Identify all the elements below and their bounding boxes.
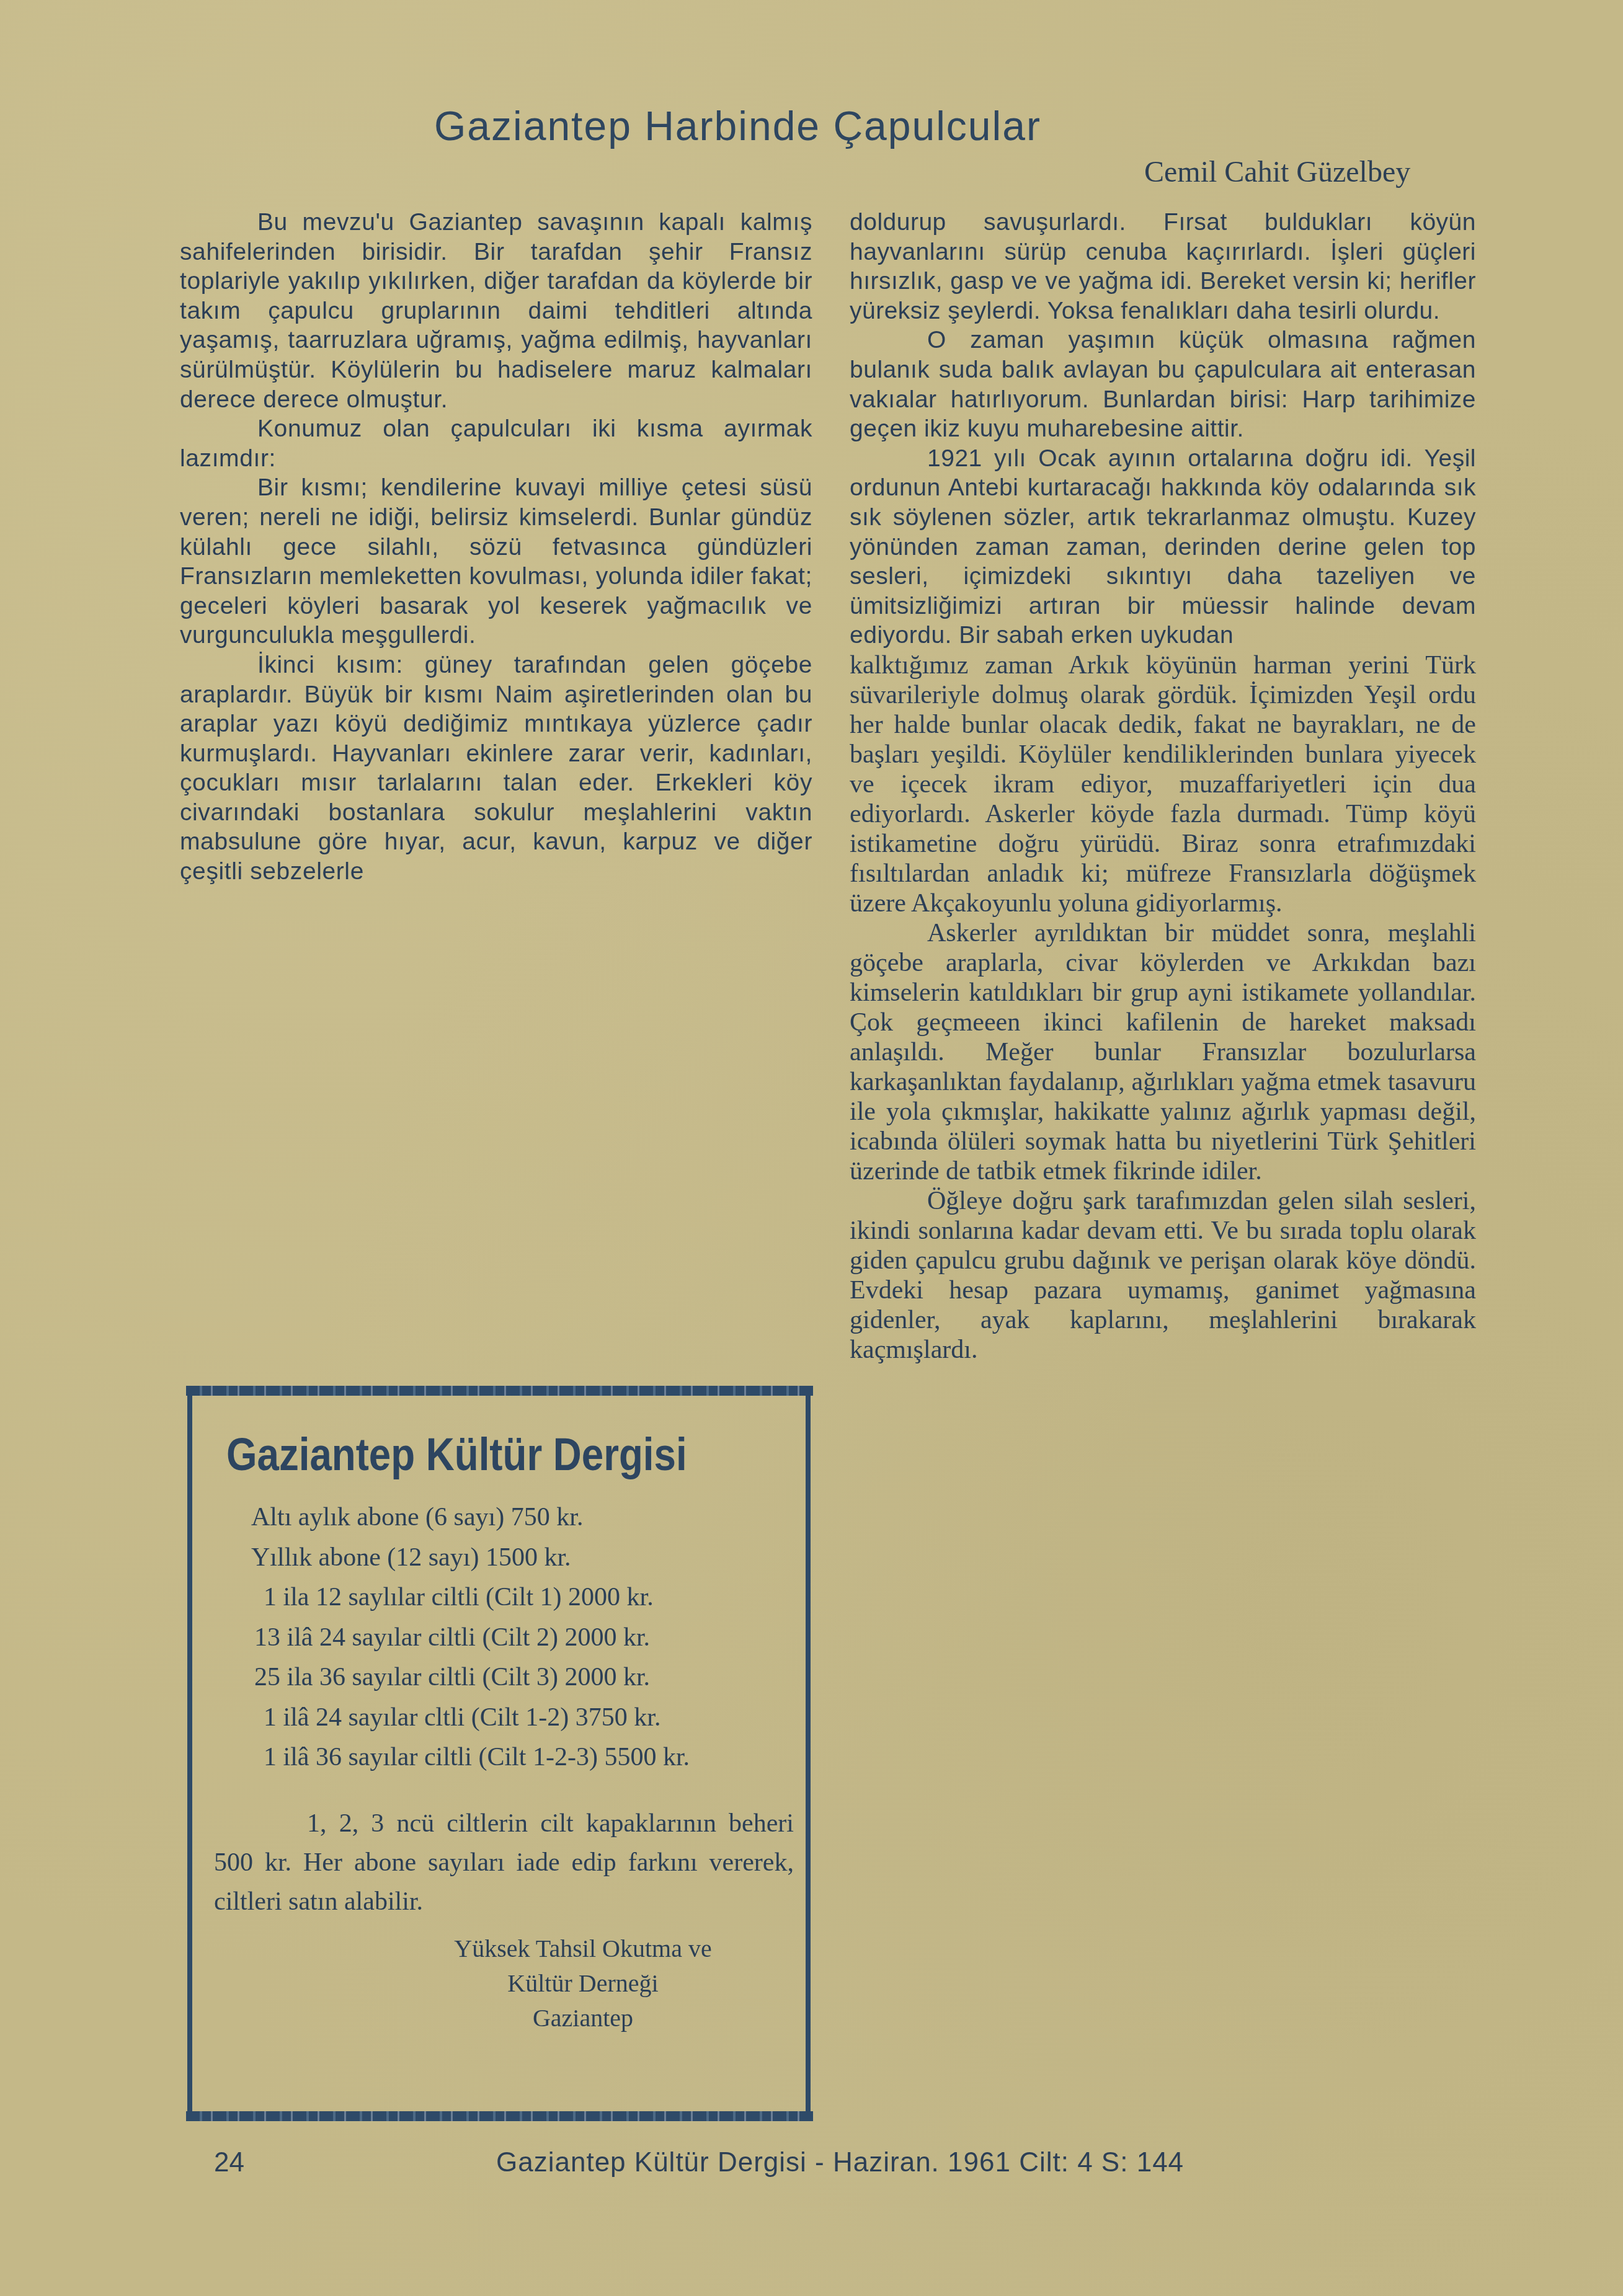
price-line: Altı aylık abone (6 sayı) 750 kr. — [229, 1497, 788, 1538]
paragraph: İkinci kısım: güney tarafından gelen göç… — [180, 650, 812, 887]
article-author: Cemil Cahit Güzelbey — [1144, 155, 1410, 189]
signature-line: Kültür Derneği — [422, 1966, 744, 2001]
ad-signature: Yüksek Tahsil Okutma ve Kültür Derneği G… — [192, 1931, 806, 2036]
paragraph: Bir kısmı; kendilerine kuvayi milliye çe… — [180, 473, 812, 650]
publication-info: Gaziantep Kültür Dergisi - Haziran. 1961… — [496, 2147, 1184, 2178]
page-number: 24 — [214, 2147, 244, 2178]
paragraph: Bu mevzu'u Gaziantep savaşının kapalı ka… — [180, 208, 812, 414]
price-line: 1 ilâ 36 sayılar ciltli (Cilt 1-2-3) 550… — [229, 1737, 788, 1778]
paragraph: 1921 yılı Ocak ayının ortalarına doğru i… — [850, 444, 1476, 650]
signature-line: Gaziantep — [422, 2001, 744, 2036]
signature-line: Yüksek Tahsil Okutma ve — [422, 1931, 744, 1966]
price-line: 1 ilâ 24 sayılar cltli (Cilt 1-2) 3750 k… — [229, 1698, 788, 1738]
subscription-advertisement: Gaziantep Kültür Dergisi Altı aylık abon… — [187, 1386, 811, 2117]
ad-note-text: 1, 2, 3 ncü ciltlerin cilt kapaklarının … — [214, 1804, 794, 1921]
price-list: Altı aylık abone (6 sayı) 750 kr. Yıllık… — [229, 1497, 788, 1778]
ad-note: 1, 2, 3 ncü ciltlerin cilt kapaklarının … — [214, 1804, 794, 1921]
price-line: 1 ila 12 saylılar ciltli (Cilt 1) 2000 k… — [229, 1577, 788, 1618]
paragraph: Konumuz olan çapulcuları iki kısma ayırm… — [180, 414, 812, 473]
paragraph: doldurup savuşurlardı. Fırsat buldukları… — [850, 208, 1476, 326]
article-title: Gaziantep Harbinde Çapulcular — [434, 102, 1302, 149]
paragraph: O zaman yaşımın küçük olmasına rağmen bu… — [850, 326, 1476, 443]
left-column: Bu mevzu'u Gaziantep savaşının kapalı ka… — [180, 208, 812, 887]
right-column: doldurup savuşurlardı. Fırsat buldukları… — [850, 208, 1476, 1365]
paragraph: Öğleye doğru şark tarafımızdan gelen sil… — [850, 1186, 1476, 1365]
paragraph: kalktığımız zaman Arkık köyünün harman y… — [850, 650, 1476, 918]
ad-title: Gaziantep Kültür Dergisi — [226, 1428, 687, 1481]
price-line: Yıllık abone (12 sayı) 1500 kr. — [229, 1538, 788, 1578]
price-line: 25 ila 36 sayılar ciltli (Cilt 3) 2000 k… — [229, 1657, 788, 1698]
price-line: 13 ilâ 24 sayılar ciltli (Cilt 2) 2000 k… — [229, 1618, 788, 1658]
paragraph: Askerler ayrıldıktan bir müddet sonra, m… — [850, 918, 1476, 1186]
